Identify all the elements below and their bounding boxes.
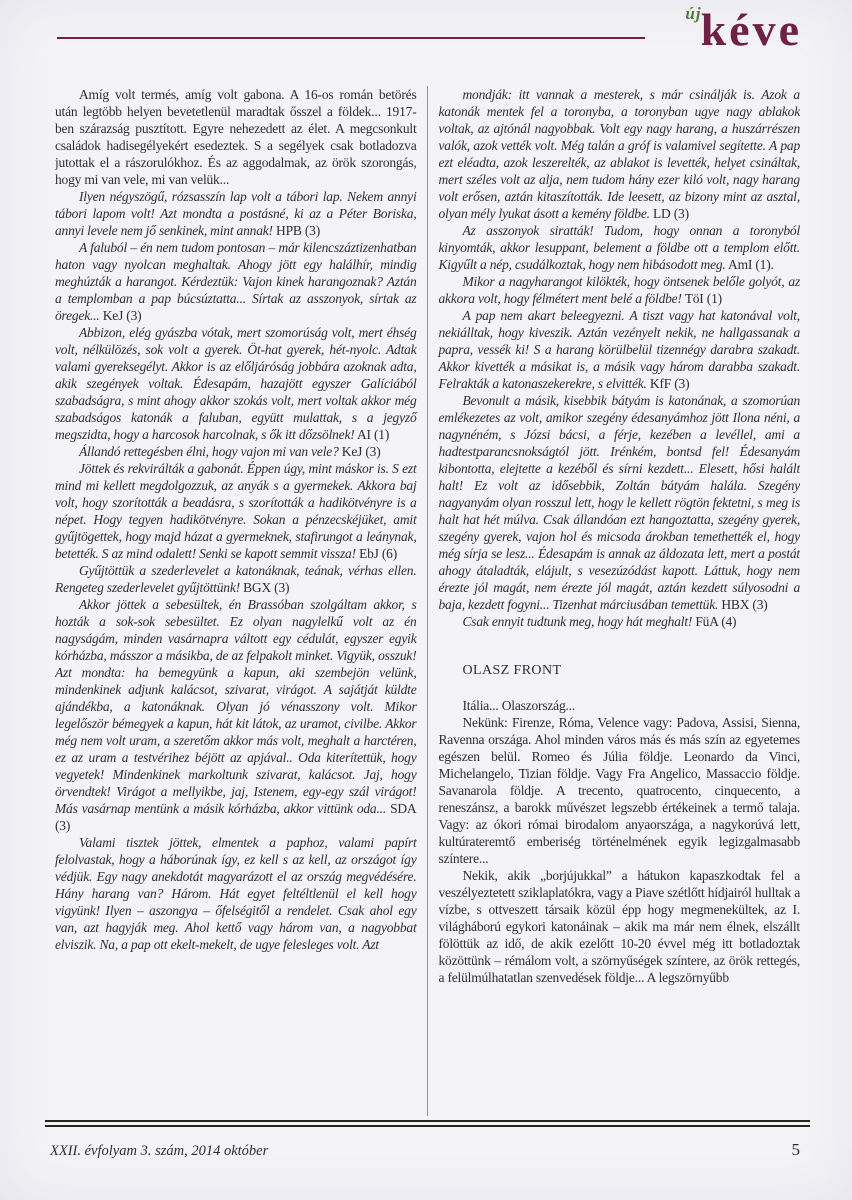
source-ref: LD (3) [650, 206, 689, 221]
source-ref: FüA (4) [692, 614, 736, 629]
header-rule [57, 37, 645, 39]
article-body: Amíg volt termés, amíg volt gabona. A 16… [55, 86, 800, 1116]
paragraph: Állandó rettegésben élni, hogy vajon mi … [55, 443, 417, 460]
paragraph: Abbizon, elég gyászba vótak, mert szomor… [55, 324, 417, 443]
footer-rule [45, 1120, 810, 1127]
source-ref: TöI (1) [682, 291, 722, 306]
paragraph: A faluból – én nem tudom pontosan – már … [55, 239, 417, 324]
paragraph: mondják: itt vannak a mesterek, s már cs… [439, 86, 801, 222]
paragraph: A pap nem akart beleegyezni. A tiszt vag… [439, 307, 801, 392]
left-column: Amíg volt termés, amíg volt gabona. A 16… [55, 86, 427, 1116]
paragraph: Nekünk: Firenze, Róma, Velence vagy: Pad… [439, 714, 801, 867]
source-ref: BGX (3) [240, 580, 289, 595]
source-ref: HPB (3) [273, 223, 320, 238]
paragraph: Valami tisztek jöttek, elmentek a paphoz… [55, 834, 417, 953]
section-heading: OLASZ FRONT [439, 662, 801, 679]
paragraph: Bevonult a másik, kisebbik bátyám is kat… [439, 392, 801, 613]
source-ref: SDA (3) [55, 801, 417, 833]
source-ref: KfF (3) [647, 376, 690, 391]
logo-title-text: kéve [701, 4, 802, 55]
paragraph: Az asszonyok siratták! Tudom, hogy onnan… [439, 222, 801, 273]
footer-row: XXII. évfolyam 3. szám, 2014 október 5 [45, 1140, 810, 1160]
paragraph: Akkor jöttek a sebesültek, én Brassóban … [55, 596, 417, 834]
page-number: 5 [792, 1140, 801, 1160]
source-ref: KeJ (3) [339, 444, 381, 459]
paragraph: Nekik, akik „borjújukkal” a hátukon kapa… [439, 867, 801, 986]
magazine-logo: újkéve [685, 4, 802, 56]
paragraph: Amíg volt termés, amíg volt gabona. A 16… [55, 86, 417, 188]
right-column: mondják: itt vannak a mesterek, s már cs… [428, 86, 801, 1116]
paragraph: Jöttek és rekvirálták a gabonát. Éppen ú… [55, 460, 417, 562]
paragraph: Itália... Olaszország... [439, 697, 801, 714]
page-footer: XXII. évfolyam 3. szám, 2014 október 5 [45, 1120, 810, 1160]
issue-info: XXII. évfolyam 3. szám, 2014 október [50, 1143, 268, 1160]
paragraph: Ilyen négyszögű, rózsasszín lap volt a t… [55, 188, 417, 239]
paragraph: Mikor a nagyharangot kilökték, hogy önts… [439, 273, 801, 307]
source-ref: KeJ (3) [100, 308, 142, 323]
source-ref: EbJ (6) [356, 546, 397, 561]
logo-prefix-text: új [685, 4, 701, 23]
magazine-page: újkéve Amíg volt termés, amíg volt gabon… [0, 0, 852, 1200]
paragraph: Csak ennyit tudtunk meg, hogy hát meghal… [439, 613, 801, 630]
paragraph: Gyűjtöttük a szederlevelet a katonáknak,… [55, 562, 417, 596]
source-ref: AmI (1). [726, 257, 774, 272]
source-ref: AI (1) [355, 427, 390, 442]
source-ref: HBX (3) [718, 597, 767, 612]
